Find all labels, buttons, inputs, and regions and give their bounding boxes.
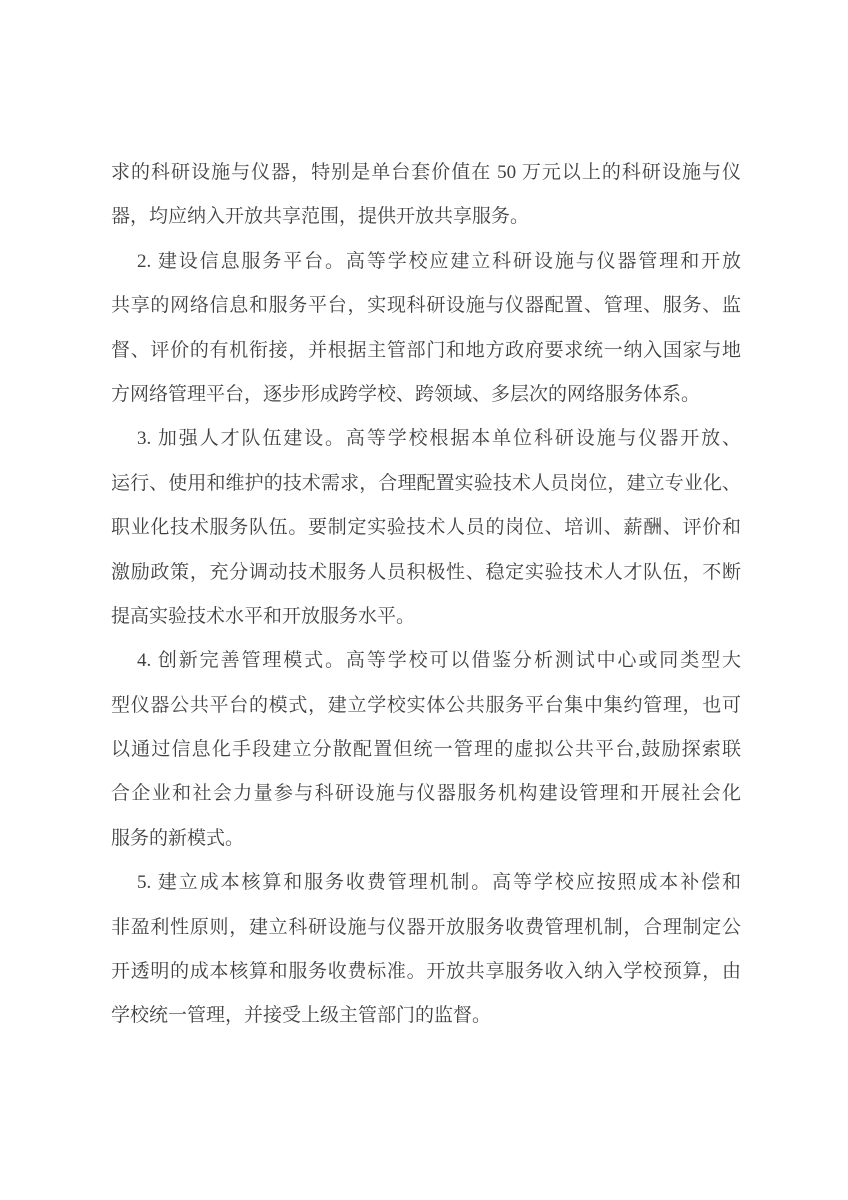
text-line: 非盈利性原则，建立科研设施与仪器开放服务收费管理机制，合理制定公 [111,906,741,950]
text-line: 器，均应纳入开放共享范围，提供开放共享服务。 [111,195,741,239]
text-line: 2. 建设信息服务平台。高等学校应建立科研设施与仪器管理和开放 [111,240,741,284]
paragraph: 4. 创新完善管理模式。高等学校可以借鉴分析测试中心或同类型大型仪器公共平台的模… [111,639,741,861]
text-line: 合企业和社会力量参与科研设施与仪器服务机构建设管理和开展社会化 [111,772,741,816]
text-line: 3. 加强人才队伍建设。高等学校根据本单位科研设施与仪器开放、 [111,417,741,461]
document-page: 求的科研设施与仪器，特别是单台套价值在 50 万元以上的科研设施与仪器，均应纳入… [0,0,848,1200]
document-body-text: 求的科研设施与仪器，特别是单台套价值在 50 万元以上的科研设施与仪器，均应纳入… [111,151,741,1039]
text-line: 4. 创新完善管理模式。高等学校可以借鉴分析测试中心或同类型大 [111,639,741,683]
text-line: 提高实验技术水平和开放服务水平。 [111,595,741,639]
paragraph: 3. 加强人才队伍建设。高等学校根据本单位科研设施与仪器开放、运行、使用和维护的… [111,417,741,639]
text-line: 5. 建立成本核算和服务收费管理机制。高等学校应按照成本补偿和 [111,861,741,905]
text-line: 共享的网络信息和服务平台，实现科研设施与仪器配置、管理、服务、监 [111,284,741,328]
text-line: 激励政策，充分调动技术服务人员积极性、稳定实验技术人才队伍，不断 [111,551,741,595]
text-line: 服务的新模式。 [111,817,741,861]
paragraph: 求的科研设施与仪器，特别是单台套价值在 50 万元以上的科研设施与仪器，均应纳入… [111,151,741,240]
text-line: 方网络管理平台，逐步形成跨学校、跨领域、多层次的网络服务体系。 [111,373,741,417]
paragraph: 2. 建设信息服务平台。高等学校应建立科研设施与仪器管理和开放共享的网络信息和服… [111,240,741,418]
text-line: 开透明的成本核算和服务收费标准。开放共享服务收入纳入学校预算，由 [111,950,741,994]
text-line: 运行、使用和维护的技术需求，合理配置实验技术人员岗位，建立专业化、 [111,462,741,506]
text-line: 职业化技术服务队伍。要制定实验技术人员的岗位、培训、薪酬、评价和 [111,506,741,550]
text-line: 型仪器公共平台的模式，建立学校实体公共服务平台集中集约管理，也可 [111,684,741,728]
text-line: 以通过信息化手段建立分散配置但统一管理的虚拟公共平台,鼓励探索联 [111,728,741,772]
text-line: 学校统一管理，并接受上级主管部门的监督。 [111,994,741,1038]
paragraph: 5. 建立成本核算和服务收费管理机制。高等学校应按照成本补偿和非盈利性原则，建立… [111,861,741,1039]
text-line: 求的科研设施与仪器，特别是单台套价值在 50 万元以上的科研设施与仪 [111,151,741,195]
text-line: 督、评价的有机衔接，并根据主管部门和地方政府要求统一纳入国家与地 [111,329,741,373]
